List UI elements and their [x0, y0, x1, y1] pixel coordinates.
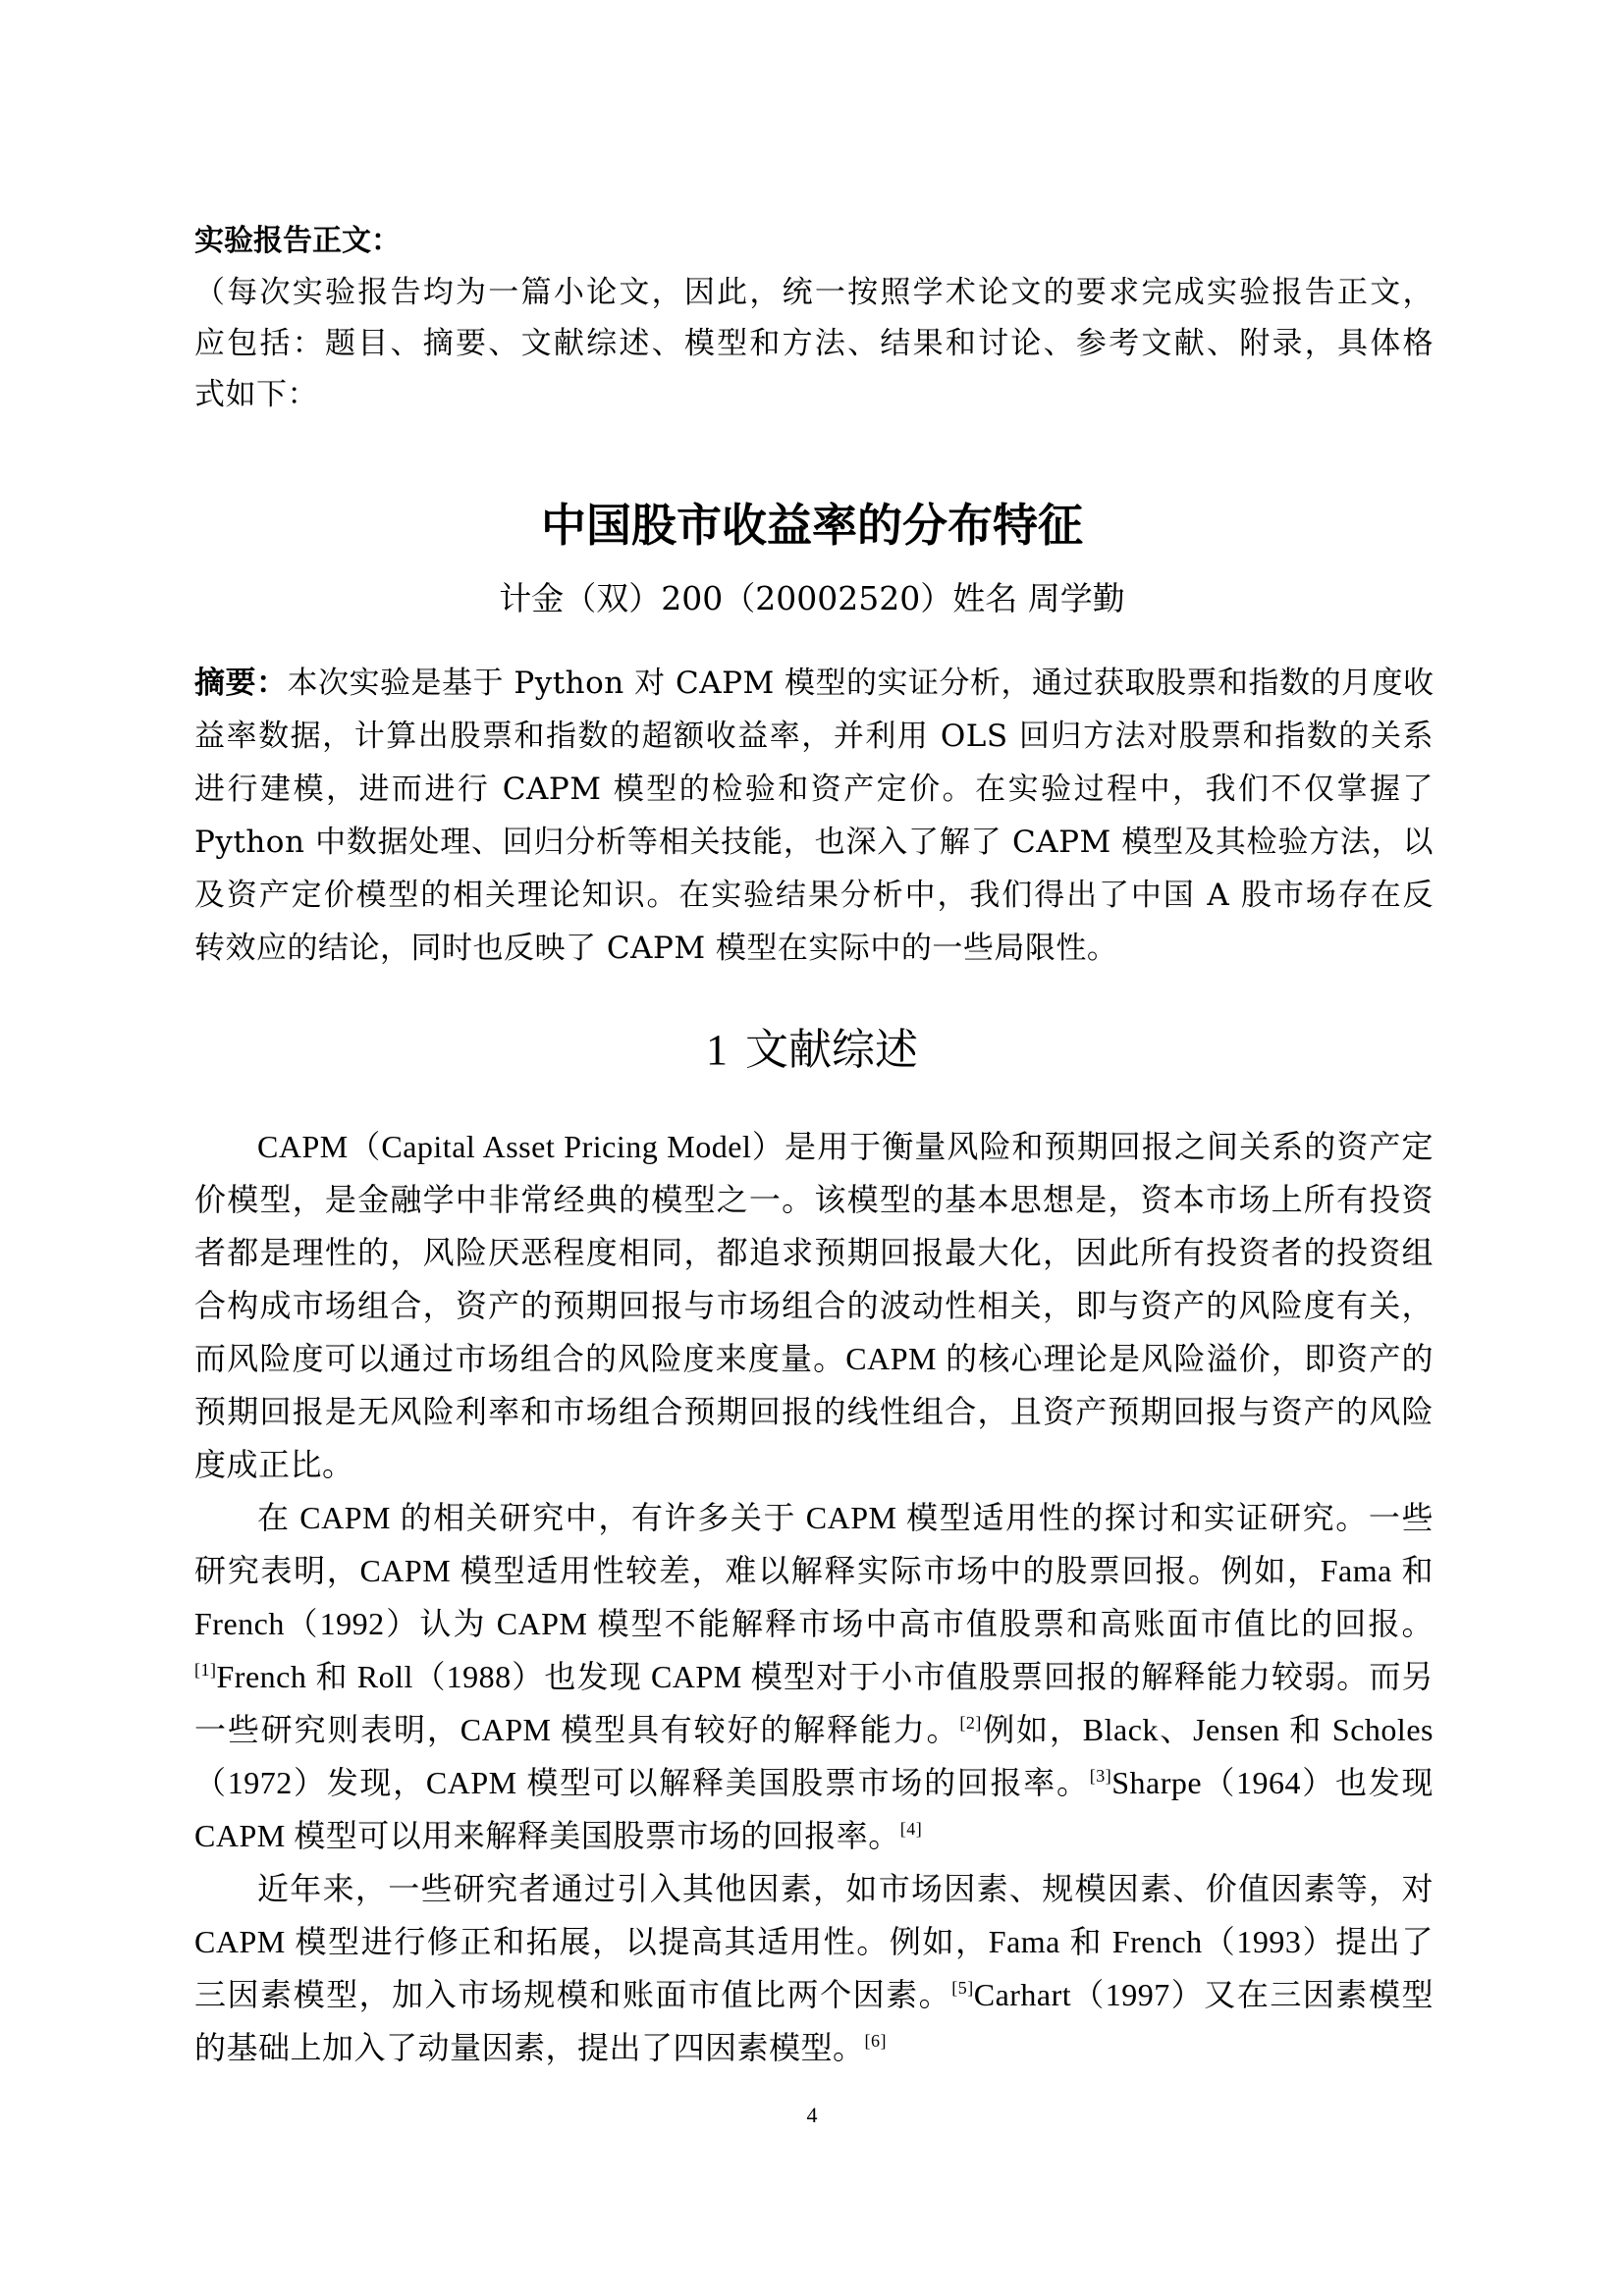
body-line: 合构成市场组合，资产的预期回报与市场组合的波动性相关，即与资产的风险度有关，	[194, 1286, 1434, 1325]
abstract-line: 益率数据，计算出股票和指数的超额收益率，并利用 OLS 回归方法对股票和指数的关…	[194, 717, 1434, 756]
body-line: 的基础上加入了动量因素，提出了四因素模型。[6]	[194, 2028, 1434, 2067]
citation-marker: [6]	[865, 2031, 888, 2051]
body-line: 三因素模型，加入市场规模和账面市值比两个因素。[5]Carhart（1997）又…	[194, 1975, 1434, 2014]
citation-marker: [2]	[959, 1713, 982, 1733]
abstract-label: 摘要：	[194, 666, 288, 701]
abstract-line: 进行建模，进而进行 CAPM 模型的检验和资产定价。在实验过程中，我们不仅掌握了	[194, 770, 1434, 809]
body-line: 预期回报是无风险利率和市场组合预期回报的线性组合，且资产预期回报与资产的风险	[194, 1392, 1434, 1431]
body-line: 而风险度可以通过市场组合的风险度来度量。CAPM 的核心理论是风险溢价，即资产的	[194, 1339, 1434, 1378]
instruction-line: 应包括：题目、摘要、文献综述、模型和方法、结果和讨论、参考文献、附录，具体格	[194, 324, 1434, 363]
citation-marker: [3]	[1090, 1766, 1112, 1786]
body-line: French（1992）认为 CAPM 模型不能解释市场中高市值股票和高账面市值…	[194, 1604, 1434, 1643]
abstract-line: Python 中数据处理、回归分析等相关技能，也深入了解了 CAPM 模型及其检…	[194, 823, 1434, 862]
report-body-label: 实验报告正文：	[194, 222, 401, 261]
section-number: 1	[706, 1026, 728, 1074]
author-line: 计金（双）200（20002520）姓名 周学勤	[0, 577, 1624, 620]
document-page: 实验报告正文： （每次实验报告均为一篇小论文，因此，统一按照学术论文的要求完成实…	[0, 0, 1624, 2296]
citation-marker: [5]	[951, 1978, 974, 1998]
abstract-line: 转效应的结论，同时也反映了 CAPM 模型在实际中的一些局限性。	[194, 929, 1434, 968]
body-line: 度成正比。	[194, 1445, 1434, 1484]
body-line: 在 CAPM 的相关研究中，有许多关于 CAPM 模型适用性的探讨和实证研究。一…	[257, 1498, 1434, 1537]
citation-marker: [4]	[900, 1819, 923, 1839]
instruction-line: （每次实验报告均为一篇小论文，因此，统一按照学术论文的要求完成实验报告正文，	[194, 273, 1434, 312]
body-line: 近年来，一些研究者通过引入其他因素，如市场因素、规模因素、价值因素等，对	[257, 1869, 1434, 1908]
abstract-line: 及资产定价模型的相关理论知识。在实验结果分析中，我们得出了中国 A 股市场存在反	[194, 876, 1434, 915]
page-number: 4	[0, 2101, 1624, 2130]
citation-marker: [1]	[194, 1660, 217, 1680]
body-line: （1972）发现，CAPM 模型可以解释美国股票市场的回报率。[3]Sharpe…	[194, 1763, 1434, 1802]
abstract-line: 摘要：本次实验是基于 Python 对 CAPM 模型的实证分析，通过获取股票和…	[194, 664, 1434, 703]
body-line: [1]French 和 Roll（1988）也发现 CAPM 模型对于小市值股票…	[194, 1657, 1434, 1696]
body-line: 一些研究则表明，CAPM 模型具有较好的解释能力。[2]例如，Black、Jen…	[194, 1710, 1434, 1749]
body-line: 者都是理性的，风险厌恶程度相同，都追求预期回报最大化，因此所有投资者的投资组	[194, 1233, 1434, 1272]
body-line: CAPM 模型可以用来解释美国股票市场的回报率。[4]	[194, 1816, 1434, 1855]
instruction-line: 式如下：	[194, 375, 1434, 414]
section-title: 文献综述	[745, 1025, 918, 1075]
section-heading: 1文献综述	[0, 1023, 1624, 1078]
body-line: 研究表明，CAPM 模型适用性较差，难以解释实际市场中的股票回报。例如，Fama…	[194, 1551, 1434, 1590]
body-line: 价模型，是金融学中非常经典的模型之一。该模型的基本思想是，资本市场上所有投资	[194, 1180, 1434, 1219]
paper-title: 中国股市收益率的分布特征	[0, 496, 1624, 555]
body-line: CAPM（Capital Asset Pricing Model）是用于衡量风险…	[257, 1127, 1434, 1166]
abstract-text: 本次实验是基于 Python 对 CAPM 模型的实证分析，通过获取股票和指数的…	[288, 666, 1435, 701]
body-line: CAPM 模型进行修正和拓展，以提高其适用性。例如，Fama 和 French（…	[194, 1922, 1434, 1961]
